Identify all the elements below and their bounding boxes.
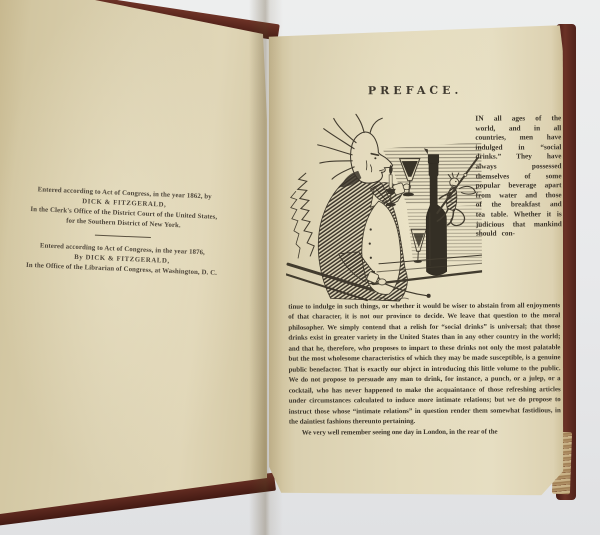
body-paragraph: tinue to indulge in such things, or whet…: [288, 301, 561, 428]
page-title: PREFACE.: [267, 83, 563, 98]
copyright-1862-block: Entered according to Act of Congress, in…: [6, 184, 241, 234]
book-photo: Entered according to Act of Congress, in…: [0, 0, 600, 535]
preface-body: tinue to indulge in such things, or whet…: [288, 301, 561, 439]
copyright-notices: Entered according to Act of Congress, in…: [4, 184, 241, 280]
intro-lead-word: In: [475, 114, 484, 123]
intro-column: In all ages of the world, and in all cou…: [475, 113, 562, 307]
copyright-1876-block: Entered according to Act of Congress, in…: [4, 240, 239, 280]
left-page: Entered according to Act of Congress, in…: [0, 0, 268, 535]
closing-line: We very well remember seeing one day in …: [289, 428, 561, 440]
right-page: PREFACE.: [267, 25, 565, 497]
intro-text: all ages of the world, and in all countr…: [475, 113, 562, 238]
gentleman-toasting-woodcut-image: [285, 112, 482, 305]
preface-woodcut-illustration: [285, 112, 482, 305]
divider-rule: [95, 235, 151, 238]
